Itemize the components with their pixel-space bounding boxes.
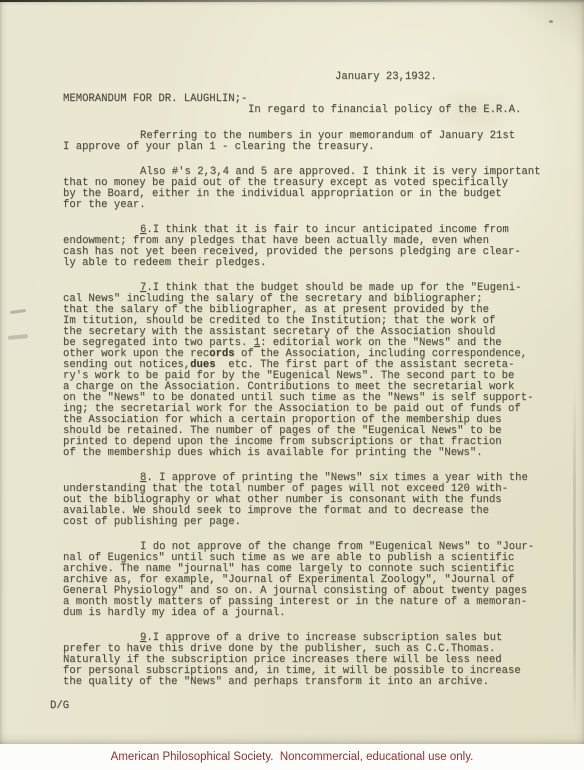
memo-salutation: MEMORANDUM FOR DR. LAUGHLIN;- <box>63 94 247 105</box>
memo-paragraph: Also #'s 2,3,4 and 5 are approved. I thi… <box>63 167 549 211</box>
memo-body: Referring to the numbers in your memoran… <box>63 131 549 712</box>
footer-caption: American Philosophical Society. Noncomme… <box>111 751 474 763</box>
memo-page: January 23,1932. MEMORANDUM FOR DR. LAUG… <box>0 0 584 744</box>
memo-line: for the year. <box>63 200 549 211</box>
memo-line: cost of publishing per page. <box>63 517 549 528</box>
footer-band: American Philosophical Society. Noncomme… <box>0 744 584 770</box>
margin-pencil-mark <box>10 309 26 314</box>
memo-date: January 23,1932. <box>335 72 437 83</box>
margin-pencil-mark <box>8 334 28 340</box>
memo-subject: In regard to financial policy of the E.R… <box>248 105 521 116</box>
memo-paragraph: 8. I approve of printing the "News" six … <box>63 473 549 528</box>
paper-crease <box>573 380 576 730</box>
memo-paragraph: Referring to the numbers in your memoran… <box>63 131 549 153</box>
memo-line: of the membership dues which is availabl… <box>63 448 549 459</box>
memo-line: I approve of your plan 1 - clearing the … <box>63 142 549 153</box>
memo-line: the quality of the "News" and perhaps tr… <box>63 677 549 688</box>
paper-speck <box>549 20 553 23</box>
memo-paragraph: 6.I think that it is fair to incur antic… <box>63 225 549 269</box>
paper-corner-fold <box>474 0 584 60</box>
memo-paragraph: I do not approve of the change from "Eug… <box>63 542 549 619</box>
memo-paragraph: 9.I approve of a drive to increase subsc… <box>63 633 549 688</box>
screenshot-root: January 23,1932. MEMORANDUM FOR DR. LAUG… <box>0 0 584 770</box>
typist-initials: D/G <box>50 701 549 712</box>
memo-line: dum is hardly my idea of a journal. <box>63 608 549 619</box>
memo-line: ly able to redeem their pledges. <box>63 258 549 269</box>
memo-paragraph: 7.I think that the budget should be made… <box>63 283 549 459</box>
